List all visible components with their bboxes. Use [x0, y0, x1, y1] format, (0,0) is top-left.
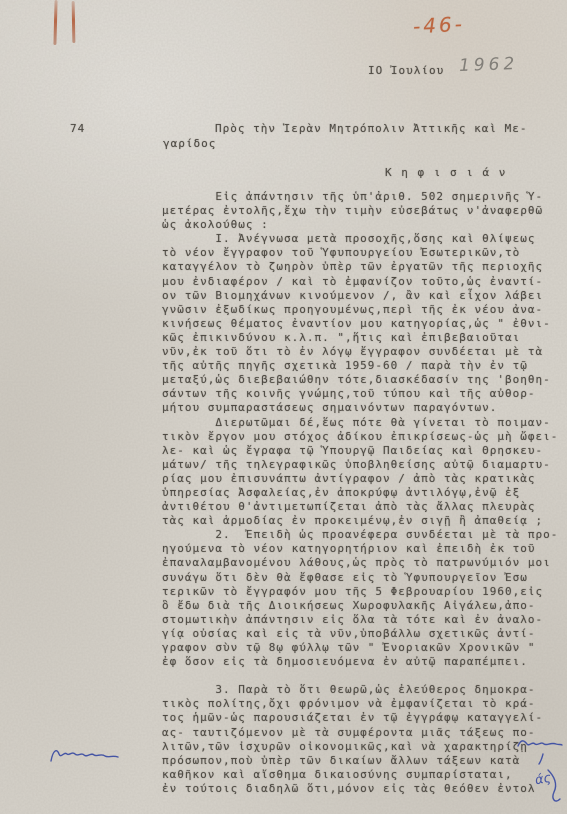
red-pen-mark-right	[72, 1, 76, 43]
handwritten-year: 1962	[459, 54, 519, 76]
handwritten-page-number: -46-	[412, 12, 465, 39]
recipient-heading-line1: Πρὸς τὴν Ἱερὰν Μητρόπολιν Ἀττικῆς καὶ Με…	[215, 122, 528, 135]
letter-body-text: Εἰς ἀπάντησιν τῆς ὑπ'ἀριθ. 502 σημερινῆς…	[162, 190, 558, 796]
document-page: -46- ΙΟ Ἰουλίου 1962 74 Πρὸς τὴν Ἱερὰν Μ…	[0, 0, 567, 814]
reference-number: 74	[70, 122, 85, 135]
red-pen-mark-left	[53, 0, 57, 45]
typed-date: ΙΟ Ἰουλίου	[368, 64, 444, 77]
place-name: Κ η φ ι σ ι ά ν	[385, 166, 507, 179]
handwritten-word-ending: άς	[534, 771, 553, 789]
recipient-heading-line2: γαρίδος	[163, 137, 216, 150]
blue-ink-scribble-left-margin	[48, 745, 122, 767]
